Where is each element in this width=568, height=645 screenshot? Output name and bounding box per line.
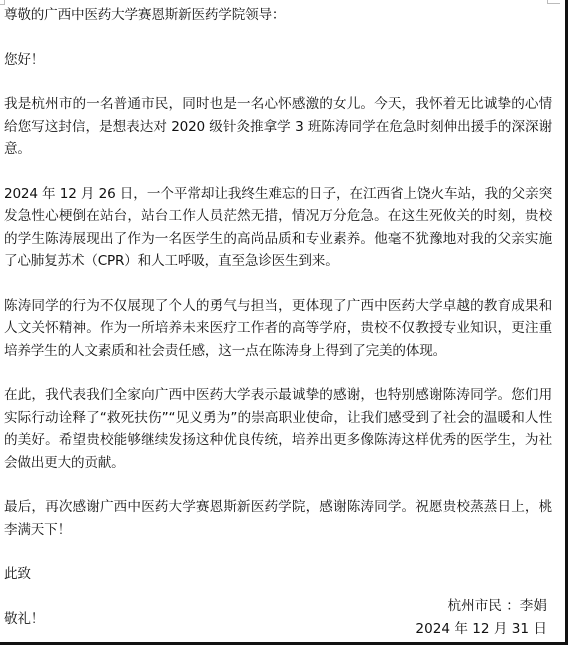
letter-body: 尊敬的广西中医药大学赛恩斯新医药学院领导： 您好！ 我是杭州市的一名普通市民，同… [4,4,552,645]
signature-date: 2024 年 12 月 31 日 [415,618,547,641]
salutation: 尊敬的广西中医药大学赛恩斯新医药学院领导： [4,4,552,27]
paragraph-thanks: 在此，我代表我们全家向广西中医药大学表示最诚挚的感谢，也特别感谢陈涛同学。您们用… [4,384,552,474]
greeting: 您好！ [4,49,552,72]
paragraph-incident: 2024 年 12 月 26 日，一个平常却让我终生难忘的日子，在江西省上饶火车… [4,183,552,273]
paragraph-final: 最后，再次感谢广西中医药大学赛恩斯新医药学院，感谢陈涛同学。祝愿贵校蒸蒸日上，桃… [4,496,552,541]
signature-block: 杭州市民 ：李娟 2024 年 12 月 31 日 [415,595,547,640]
letter-page: 尊敬的广西中医药大学赛恩斯新医药学院领导： 您好！ 我是杭州市的一名普通市民，同… [0,0,568,645]
signature-author: 杭州市民 ：李娟 [415,595,547,618]
paragraph-intro: 我是杭州市的一名普通市民，同时也是一名心怀感激的女儿。今天，我怀着无比诚挚的心情… [4,93,552,161]
closing-cizhi: 此致 [4,563,552,586]
paragraph-praise: 陈涛同学的行为不仅展现了个人的勇气与担当，更体现了广西中医药大学卓越的教育成果和… [4,295,552,363]
